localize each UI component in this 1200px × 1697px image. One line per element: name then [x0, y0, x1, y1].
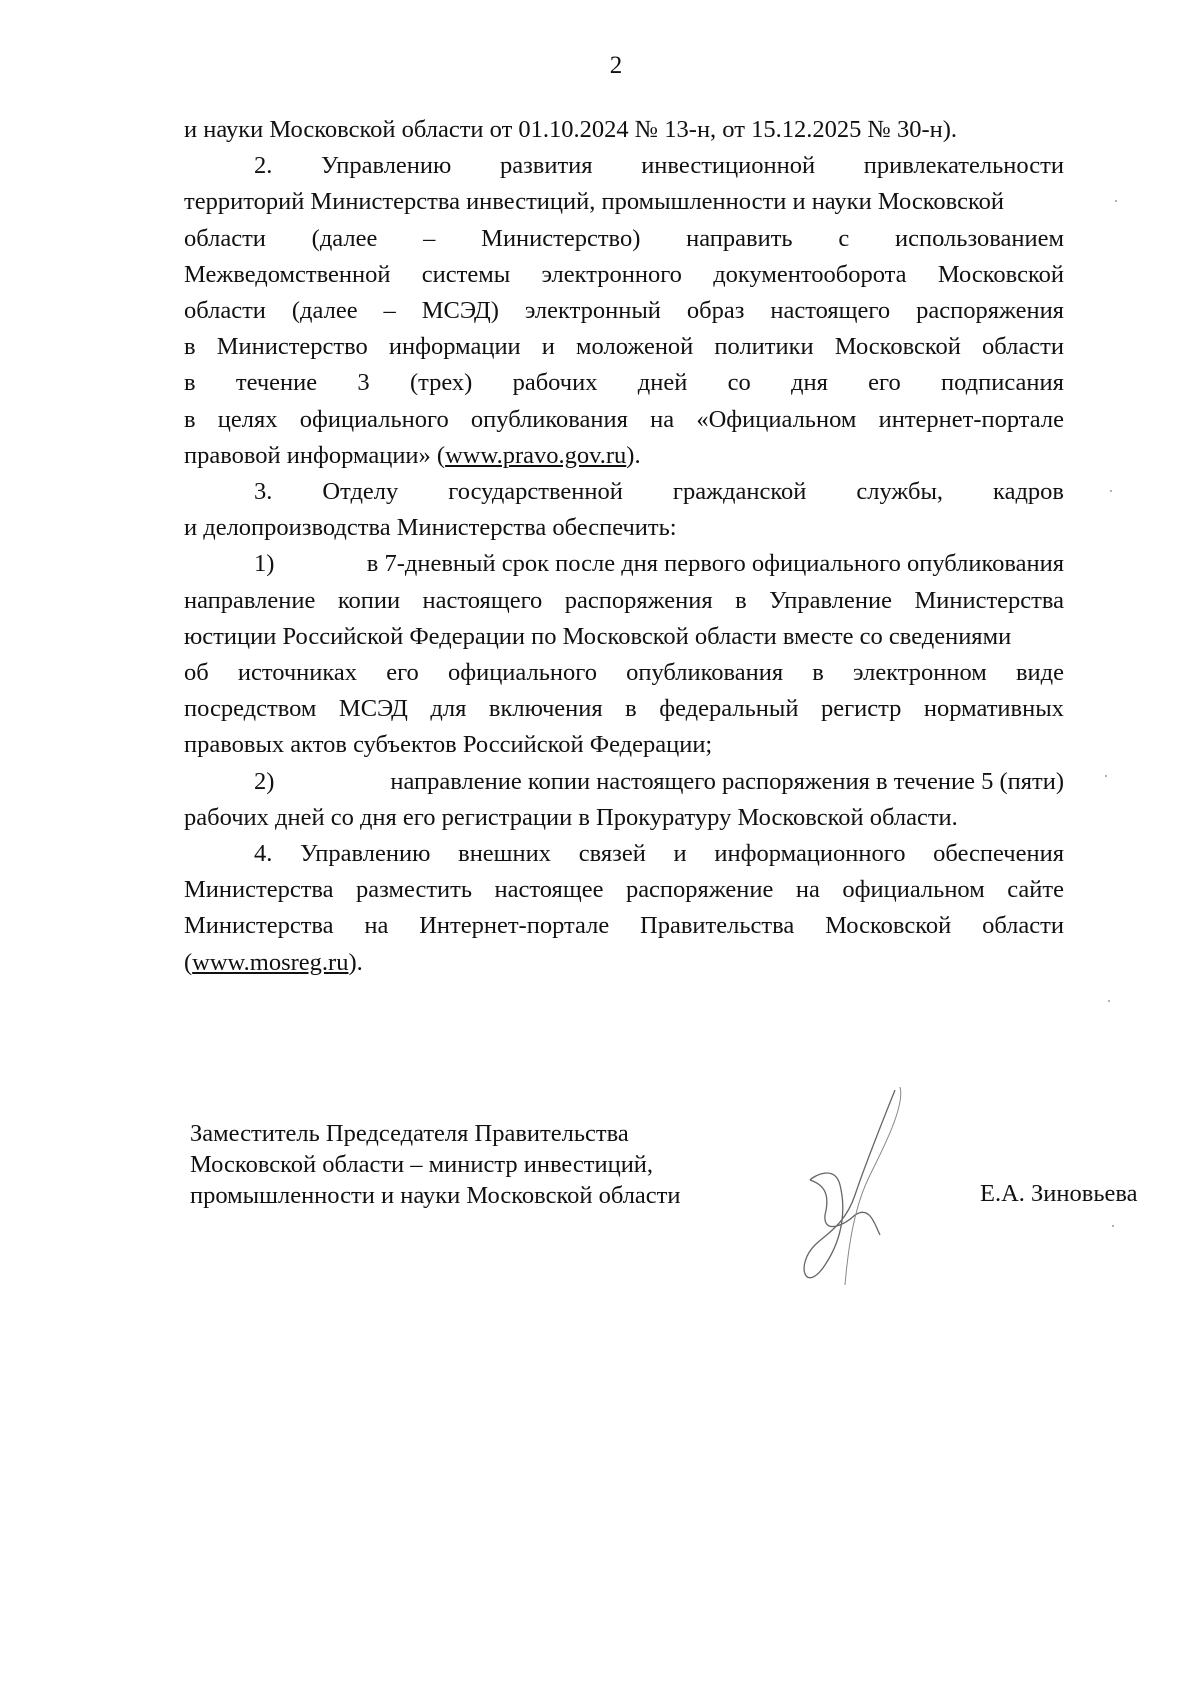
text-segment: в	[625, 691, 637, 727]
text-segment: области	[982, 329, 1064, 365]
text-segment: Отделу	[322, 474, 398, 510]
text-segment: виде	[1016, 655, 1064, 691]
text-segment: инвестиционной	[641, 148, 815, 184]
text-segment: направление	[184, 583, 315, 619]
text-segment: (далее	[312, 221, 378, 257]
text-line: 3.Отделугосударственнойгражданскойслужбы…	[184, 474, 1064, 510]
text-segment: Министерства	[184, 872, 334, 908]
text-segment: 4.	[254, 836, 272, 872]
text-segment: территорий Министерства инвестиций, пром…	[184, 184, 1004, 220]
text-segment: в 7-дневный срок после дня первого офици…	[367, 546, 1064, 582]
text-segment: 3	[357, 365, 369, 401]
text-line: посредствомМСЭДдлявключениявфедеральныйр…	[184, 691, 1064, 727]
text-segment: Министерства	[184, 908, 334, 944]
text-segment: на	[650, 402, 674, 438]
text-line: 2.Управлениюразвитияинвестиционнойпривле…	[184, 148, 1064, 184]
text-segment: для	[430, 691, 466, 727]
text-segment: дня	[791, 365, 828, 401]
text-segment: –	[384, 293, 396, 329]
text-segment: дней	[638, 365, 688, 401]
text-segment: об	[184, 655, 209, 691]
text-segment: в	[184, 365, 196, 401]
page-number: 2	[0, 52, 1200, 80]
text-line: МинистерстванаИнтернет-порталеПравительс…	[184, 908, 1064, 944]
text-segment: политики	[714, 329, 813, 365]
text-line: 2)направление копии настоящего распоряже…	[184, 764, 1064, 800]
text-line: рабочих дней со дня его регистрации в Пр…	[184, 800, 1064, 836]
text-segment: на	[796, 872, 820, 908]
text-segment: направление копии настоящего распоряжени…	[390, 764, 1064, 800]
text-segment: Министерство)	[481, 221, 640, 257]
text-line: территорий Министерства инвестиций, пром…	[184, 184, 1064, 220]
text-segment: сайте	[1007, 872, 1064, 908]
text-segment: включения	[489, 691, 603, 727]
text-segment: Правительства	[640, 908, 794, 944]
text-segment: гражданской	[673, 474, 806, 510]
handwritten-signature	[785, 1085, 925, 1305]
text-segment: посредством	[184, 691, 316, 727]
text-segment: области	[184, 293, 266, 329]
text-line: Министерстваразместитьнастоящеераспоряже…	[184, 872, 1064, 908]
text-segment: в	[812, 655, 824, 691]
text-segment: на	[364, 908, 388, 944]
text-segment: Московской	[938, 257, 1064, 293]
text-segment: МСЭД	[339, 691, 408, 727]
text-segment: (www.mosreg.ru).	[184, 945, 363, 981]
text-segment: Межведомственной	[184, 257, 390, 293]
signer-position-line: Московской области – министр инвестиций,	[190, 1149, 681, 1180]
text-line: правовой информации» (www.pravo.gov.ru).	[184, 438, 1064, 474]
text-segment: «Официальном	[696, 402, 856, 438]
text-segment: и делопроизводства Министерства обеспечи…	[184, 510, 677, 546]
text-segment: электронного	[541, 257, 681, 293]
text-segment: Управлению	[300, 836, 430, 872]
text-segment: подписания	[941, 365, 1064, 401]
text-segment: опубликования	[626, 655, 783, 691]
text-segment: направить	[686, 221, 792, 257]
text-line: 1)в 7-дневный срок после дня первого офи…	[184, 546, 1064, 582]
text-segment: Московской	[825, 908, 951, 944]
text-segment: системы	[422, 257, 510, 293]
text-segment: правовой информации» (www.pravo.gov.ru).	[184, 438, 641, 474]
text-segment: моложеной	[576, 329, 693, 365]
text-segment: его	[386, 655, 419, 691]
text-line: втечение3(трех)рабочихднейсодняегоподпис…	[184, 365, 1064, 401]
text-segment: регистр	[821, 691, 901, 727]
url-link[interactable]: www.pravo.gov.ru	[445, 442, 626, 469]
text-segment: с	[838, 221, 849, 257]
text-line: обисточникахегоофициальногоопубликования…	[184, 655, 1064, 691]
signer-position: Заместитель Председателя Правительства М…	[190, 1118, 681, 1211]
text-line: Межведомственнойсистемыэлектронногодокум…	[184, 257, 1064, 293]
text-segment: со	[728, 365, 751, 401]
text-segment: распоряжения	[565, 583, 713, 619]
text-segment: настоящего	[423, 583, 543, 619]
text-segment: области	[184, 221, 266, 257]
text-line: 4.Управлениювнешнихсвязейиинформационног…	[184, 836, 1064, 872]
text-segment: и науки Московской области от 01.10.2024…	[184, 112, 957, 148]
text-segment: Управление	[769, 583, 892, 619]
text-line: и науки Московской области от 01.10.2024…	[184, 112, 1064, 148]
text-segment: в	[735, 583, 747, 619]
signer-position-line: Заместитель Председателя Правительства	[190, 1118, 681, 1149]
text-line: юстиции Российской Федерации по Московск…	[184, 619, 1064, 655]
text-segment: Министерства	[914, 583, 1064, 619]
text-segment: государственной	[448, 474, 623, 510]
text-segment: информационного	[714, 836, 905, 872]
text-segment: и	[674, 836, 687, 872]
text-segment: Управлению	[321, 148, 451, 184]
signer-position-line: промышленности и науки Московской област…	[190, 1180, 681, 1211]
text-segment: кадров	[993, 474, 1064, 510]
text-segment: в	[184, 329, 196, 365]
text-segment: электронном	[853, 655, 987, 691]
text-segment: в	[184, 402, 196, 438]
text-segment: Интернет-портале	[419, 908, 609, 944]
text-segment: интернет-портале	[879, 402, 1064, 438]
text-segment: нормативных	[924, 691, 1064, 727]
text-segment: внешних	[458, 836, 551, 872]
text-line: и делопроизводства Министерства обеспечи…	[184, 510, 1064, 546]
text-segment: 2.	[254, 148, 272, 184]
text-segment: юстиции Российской Федерации по Московск…	[184, 619, 1011, 655]
text-segment: распоряжения	[916, 293, 1064, 329]
text-segment: –	[423, 221, 435, 257]
text-segment: целях	[218, 402, 278, 438]
text-segment: 2)	[254, 764, 274, 800]
signer-name: Е.А. Зиновьева	[980, 1180, 1138, 1208]
text-segment: официальном	[842, 872, 984, 908]
url-link[interactable]: www.mosreg.ru	[192, 949, 348, 976]
text-segment: распоряжение	[626, 872, 773, 908]
text-segment: источниках	[238, 655, 357, 691]
text-segment: официального	[300, 402, 449, 438]
text-segment: образ	[687, 293, 745, 329]
text-segment: правовых актов субъектов Российской Феде…	[184, 727, 712, 763]
text-segment: настоящее	[495, 872, 604, 908]
text-segment: связей	[579, 836, 646, 872]
text-segment: обеспечения	[933, 836, 1064, 872]
text-segment: его	[868, 365, 901, 401]
text-segment: настоящего	[770, 293, 890, 329]
text-segment: 1)	[254, 546, 274, 582]
text-segment: 3.	[254, 474, 272, 510]
text-segment: области	[982, 908, 1064, 944]
text-segment: электронный	[525, 293, 661, 329]
document-body: и науки Московской области от 01.10.2024…	[184, 112, 1064, 981]
text-segment: МСЭД)	[422, 293, 499, 329]
text-segment: информации	[389, 329, 521, 365]
text-segment: Московской	[835, 329, 961, 365]
text-line: области(далее–Министерство)направитьсисп…	[184, 221, 1064, 257]
text-line: вцеляхофициальногоопубликованияна«Официа…	[184, 402, 1064, 438]
text-segment: рабочих	[513, 365, 598, 401]
text-segment: привлекательности	[864, 148, 1064, 184]
text-segment: документооборота	[713, 257, 906, 293]
text-line: вМинистерствоинформацииимоложенойполитик…	[184, 329, 1064, 365]
text-segment: рабочих дней со дня его регистрации в Пр…	[184, 800, 958, 836]
text-segment: развития	[500, 148, 593, 184]
text-line: (www.mosreg.ru).	[184, 945, 1064, 981]
text-segment: течение	[236, 365, 317, 401]
text-segment: (трех)	[410, 365, 472, 401]
text-segment: (далее	[292, 293, 358, 329]
text-segment: опубликования	[471, 402, 628, 438]
text-segment: федеральный	[659, 691, 798, 727]
text-line: области(далее–МСЭД)электронныйобразнасто…	[184, 293, 1064, 329]
text-segment: службы,	[856, 474, 943, 510]
text-segment: использованием	[895, 221, 1064, 257]
text-line: направлениекопиинастоящегораспоряжениявУ…	[184, 583, 1064, 619]
text-segment: копии	[338, 583, 400, 619]
text-segment: и	[542, 329, 555, 365]
text-segment: официального	[448, 655, 597, 691]
text-segment: Министерство	[217, 329, 368, 365]
text-segment: разместить	[356, 872, 472, 908]
text-line: правовых актов субъектов Российской Феде…	[184, 727, 1064, 763]
